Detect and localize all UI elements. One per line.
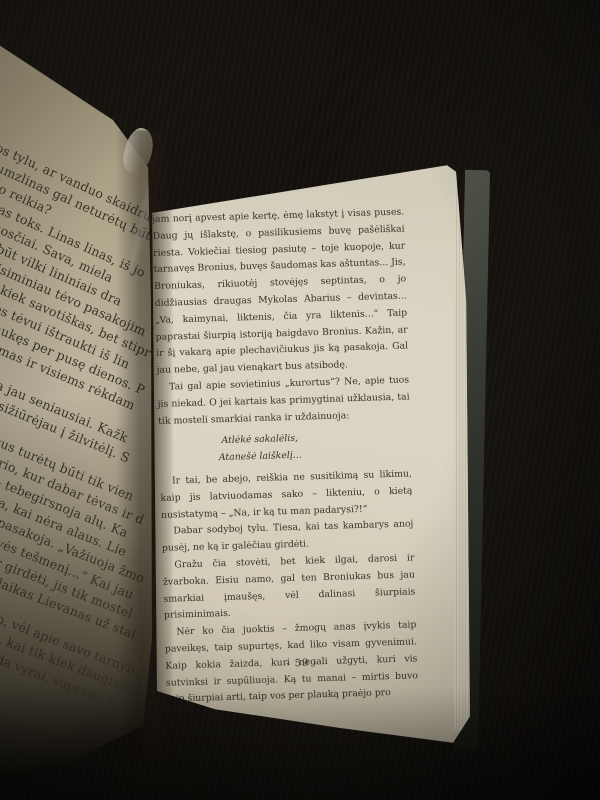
paragraph: Ir tai, be abejo, reiškia ne susitikimą … (160, 466, 413, 524)
paragraph: jam norį apvest apie kertę, ėmę lakstyt … (152, 205, 409, 380)
paragraph: Tai gal apie sovietinius „kurortus“? Ne,… (157, 372, 410, 430)
verse-block: Atlėkė sakalėlis,Atanešė laiškelį... (159, 428, 412, 469)
right-page: jam norį apvest apie kertę, ėmę lakstyt … (146, 160, 470, 748)
right-page-text: jam norį apvest apie kertę, ėmę lakstyt … (152, 205, 419, 709)
paragraph: Gražu čia stovėti, bet kiek ilgai, daros… (162, 550, 416, 625)
book-photo: rkos tylu, ar vanduo skaidrusdrumzlinas … (0, 0, 600, 800)
